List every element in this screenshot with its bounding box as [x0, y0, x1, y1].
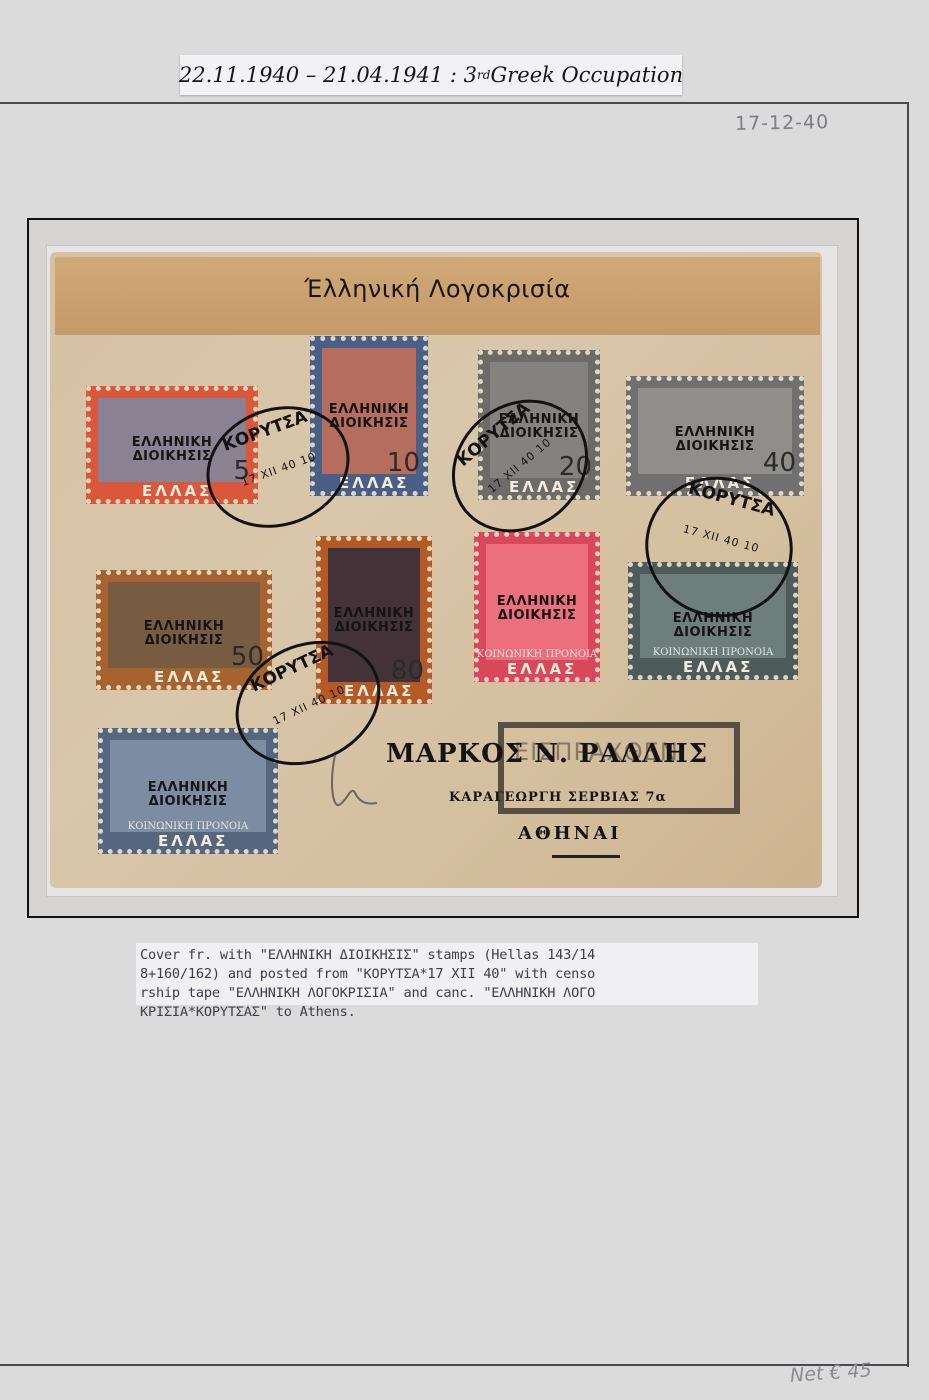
stamp-label: ΚΟΙΝΩΝΙΚΗ ΠΡΟΝΟΙΑ — [628, 647, 798, 658]
censorship-tape: Έλληνική Λογοκρισία — [55, 257, 820, 335]
title-dates: 22.11.1940 – 21.04.1941 : 3 — [179, 63, 477, 87]
album-page-bottom-rule — [0, 1364, 909, 1366]
stamp-denomination: 40 — [763, 448, 796, 478]
postmark-date: 17 XII 40 10 — [651, 514, 792, 563]
stamp-overprint: ΕΛΛΗΝΙΚΗΔΙΟΙΚΗΣΙΣ — [316, 607, 432, 635]
stamp-country: ΕΛΛΑΣ — [154, 668, 224, 686]
address-underline — [552, 855, 620, 858]
stamp-overprint: ΕΛΛΗΝΙΚΗΔΙΟΙΚΗΣΙΣ — [98, 781, 278, 809]
addressee-street: ΚΑΡΑΓΕΩΡΓΗ ΣΕΡΒΙΑΣ 7α — [449, 790, 667, 805]
signature-icon — [325, 745, 385, 815]
description-caption: Cover fr. with "ΕΛΛΗΝΙΚΗ ΔΙΟΙΚΗΣΙΣ" stam… — [136, 943, 758, 1005]
price-note: Net € 45 — [789, 1359, 872, 1387]
stamp: ΕΛΛΗΝΙΚΗΔΙΟΙΚΗΣΙΣΕΛΛΑΣΚΟΙΝΩΝΙΚΗ ΠΡΟΝΟΙΑ — [474, 532, 600, 682]
album-page-top-rule — [0, 102, 908, 104]
album-page-right-rule — [907, 102, 909, 1367]
addressee-city: ΑΘΗΝΑΙ — [518, 823, 622, 844]
stamp-country: ΕΛΛΑΣ — [507, 660, 577, 678]
stamp-denomination: 80 — [391, 656, 424, 686]
censorship-tape-text: Έλληνική Λογοκρισία — [304, 275, 570, 335]
page-title: 22.11.1940 – 21.04.1941 : 3rd Greek Occu… — [180, 55, 682, 95]
title-ordinal: rd — [477, 68, 490, 82]
addressee-name: ΜΑΡΚΟΣ Ν. ΡΑΛΛΗΣ — [386, 739, 708, 769]
postmark-date: 17 XII 40 10 — [463, 416, 577, 515]
title-occupation: Greek Occupation — [490, 63, 683, 87]
stamp-country: ΕΛΛΑΣ — [142, 482, 212, 500]
pencil-date: 17-12-40 — [735, 111, 830, 135]
stamp-label: ΚΟΙΝΩΝΙΚΗ ΠΡΟΝΟΙΑ — [474, 649, 600, 660]
stamp-country: ΕΛΛΑΣ — [158, 832, 228, 850]
stamp-denomination: 10 — [387, 448, 420, 478]
stamp: ΕΛΛΗΝΙΚΗΔΙΟΙΚΗΣΙΣΕΛΛΑΣ50 — [96, 570, 272, 690]
stamp-country: ΕΛΛΑΣ — [683, 658, 753, 676]
stamp-label: ΚΟΙΝΩΝΙΚΗ ΠΡΟΝΟΙΑ — [98, 821, 278, 832]
stamp-overprint: ΕΛΛΗΝΙΚΗΔΙΟΙΚΗΣΙΣ — [474, 595, 600, 623]
